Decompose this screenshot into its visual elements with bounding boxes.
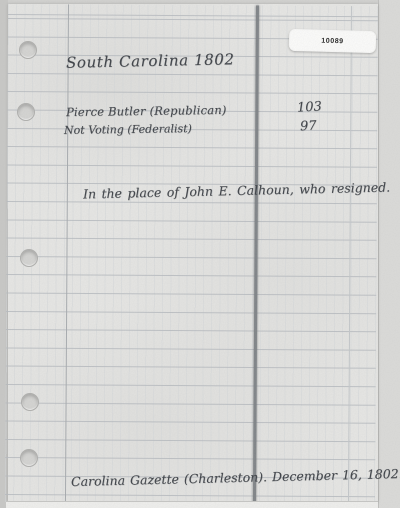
vote-count-1: 103 <box>297 99 323 115</box>
punch-hole <box>20 449 38 467</box>
horizontal-rule-lines <box>5 4 378 504</box>
scanner-background-right <box>378 0 400 508</box>
catalog-number: 10089 <box>321 37 344 45</box>
ledger-paper <box>8 4 378 502</box>
punch-hole <box>19 41 37 59</box>
punch-hole <box>17 103 35 121</box>
catalog-sticker: 10089 <box>289 29 377 53</box>
punch-hole <box>21 393 39 411</box>
paper-bottom-edge <box>6 501 378 508</box>
vote-count-2: 97 <box>300 119 317 135</box>
candidate-line-2: Not Voting (Federalist) <box>64 122 192 137</box>
candidate-line-1: Pierce Butler (Republican) <box>66 103 227 119</box>
page-title: South Carolina 1802 <box>66 50 235 72</box>
paper-ruling <box>5 4 378 504</box>
punch-hole <box>20 249 38 267</box>
scanned-ledger-page: 10089 South Carolina 1802 Pierce Butler … <box>0 0 400 508</box>
